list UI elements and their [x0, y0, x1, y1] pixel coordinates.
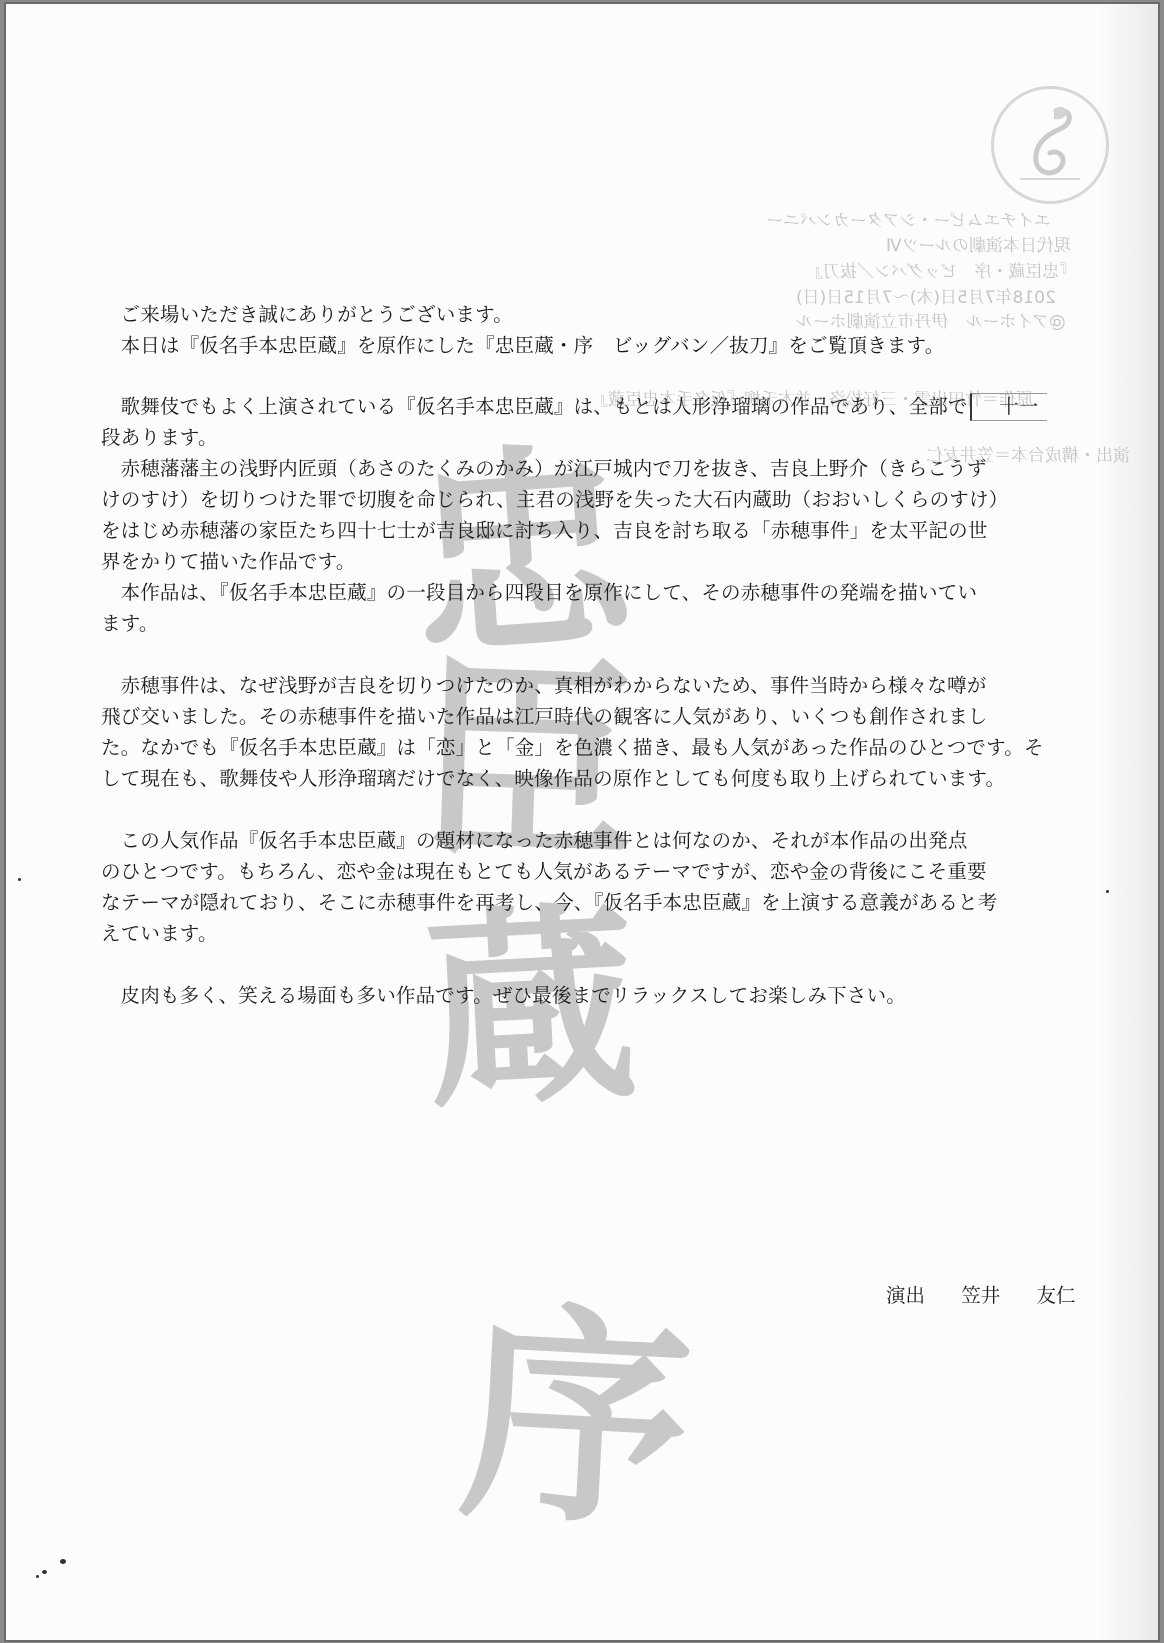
- boxed-number: 十一: [970, 393, 1047, 421]
- para2-line-3: をはじめ赤穂藩の家臣たち四十七士が吉良邸に討ち入り、吉良を討ち取る「赤穂事件」を…: [101, 515, 1101, 546]
- director-note: ご来場いただき誠にありがとうございます。 本日は『仮名手本忠臣蔵』を原作にした『…: [101, 299, 1101, 1011]
- para3-line-1: 本作品は、『仮名手本忠臣蔵』の一段目から四段目を原作にして、その赤穂事件の発端を…: [101, 577, 1101, 608]
- company-logo-icon: [991, 86, 1109, 204]
- para4-line-2: 飛び交いました。その赤穂事件を描いた作品は江戸時代の観客に人気があり、いくつも創…: [101, 701, 1101, 732]
- para5-line-2: のひとつです。もちろん、恋や金は現在もとても人気があるテーマですが、恋や金の背後…: [101, 856, 1101, 887]
- signature: 演出 笠井 友仁: [886, 1280, 1075, 1308]
- para1-line-1: 歌舞伎でもよく上演されている『仮名手本忠臣蔵』は、もとは人形浄瑠璃の作品であり、…: [101, 391, 1101, 422]
- para5-line-4: えています。: [101, 918, 1101, 949]
- para4-line-4: して現在も、歌舞伎や人形浄瑠璃だけでなく、映像作品の原作としても何度も取り上げら…: [101, 763, 1101, 794]
- intro: 本日は『仮名手本忠臣蔵』を原作にした『忠臣蔵・序 ビッグバン／抜刀』をご覧頂きま…: [101, 330, 1101, 361]
- scanned-page: エイチエムピー・シアターカンパニー 現代日本演劇のルーツⅥ 『忠臣蔵・序 ビッグ…: [4, 2, 1160, 1642]
- para5-line-1: この人気作品『仮名手本忠臣蔵』の題材になった赤穂事件とは何なのか、それが本作品の…: [101, 825, 1101, 856]
- greeting: ご来場いただき誠にありがとうございます。: [101, 299, 1101, 330]
- showthrough-line-3: 『忠臣蔵・序 ビッグバン／抜刀』: [806, 260, 1076, 284]
- scan-speck: [42, 1570, 47, 1574]
- para2-line-2: けのすけ）を切りつけた罪で切腹を命じられ、主君の浅野を失った大石内蔵助（おおいし…: [101, 484, 1101, 515]
- para4-line-1: 赤穂事件は、なぜ浅野が吉良を切りつけたのか、真相がわからないため、事件当時から様…: [101, 670, 1101, 701]
- scan-speck: [36, 1575, 39, 1578]
- para1-line-2: 段あります。: [101, 422, 1101, 453]
- signature-role: 演出: [886, 1284, 925, 1307]
- para4-line-3: た。なかでも『仮名手本忠臣蔵』は「恋」と「金」を色濃く描き、最も人気があった作品…: [101, 732, 1101, 763]
- scan-speck: [18, 878, 21, 881]
- watermark-char-4: 序: [455, 1298, 697, 1540]
- para2-line-4: 界をかりて描いた作品です。: [101, 546, 1101, 577]
- para5-line-3: なテーマが隠れており、そこに赤穂事件を再考し、今、『仮名手本忠臣蔵』を上演する意…: [101, 887, 1101, 918]
- scan-speck: [60, 1559, 66, 1564]
- signature-given-name: 友仁: [1036, 1284, 1075, 1307]
- para3-line-2: ます。: [101, 608, 1101, 639]
- para2-line-1: 赤穂藩藩主の浅野内匠頭（あさのたくみのかみ）が江戸城内で刀を抜き、吉良上野介（き…: [101, 453, 1101, 484]
- showthrough-line-2: 現代日本演劇のルーツⅥ: [886, 234, 1071, 258]
- showthrough-line-1: エイチエムピー・シアターカンパニー: [766, 209, 1051, 233]
- signature-surname: 笠井: [961, 1284, 1000, 1307]
- scan-speck: [1106, 890, 1109, 893]
- scan-edge-shadow: [1098, 4, 1158, 1640]
- closing: 皮肉も多く、笑える場面も多い作品です。ぜひ最後までリラックスしてお楽しみ下さい。: [101, 980, 1101, 1011]
